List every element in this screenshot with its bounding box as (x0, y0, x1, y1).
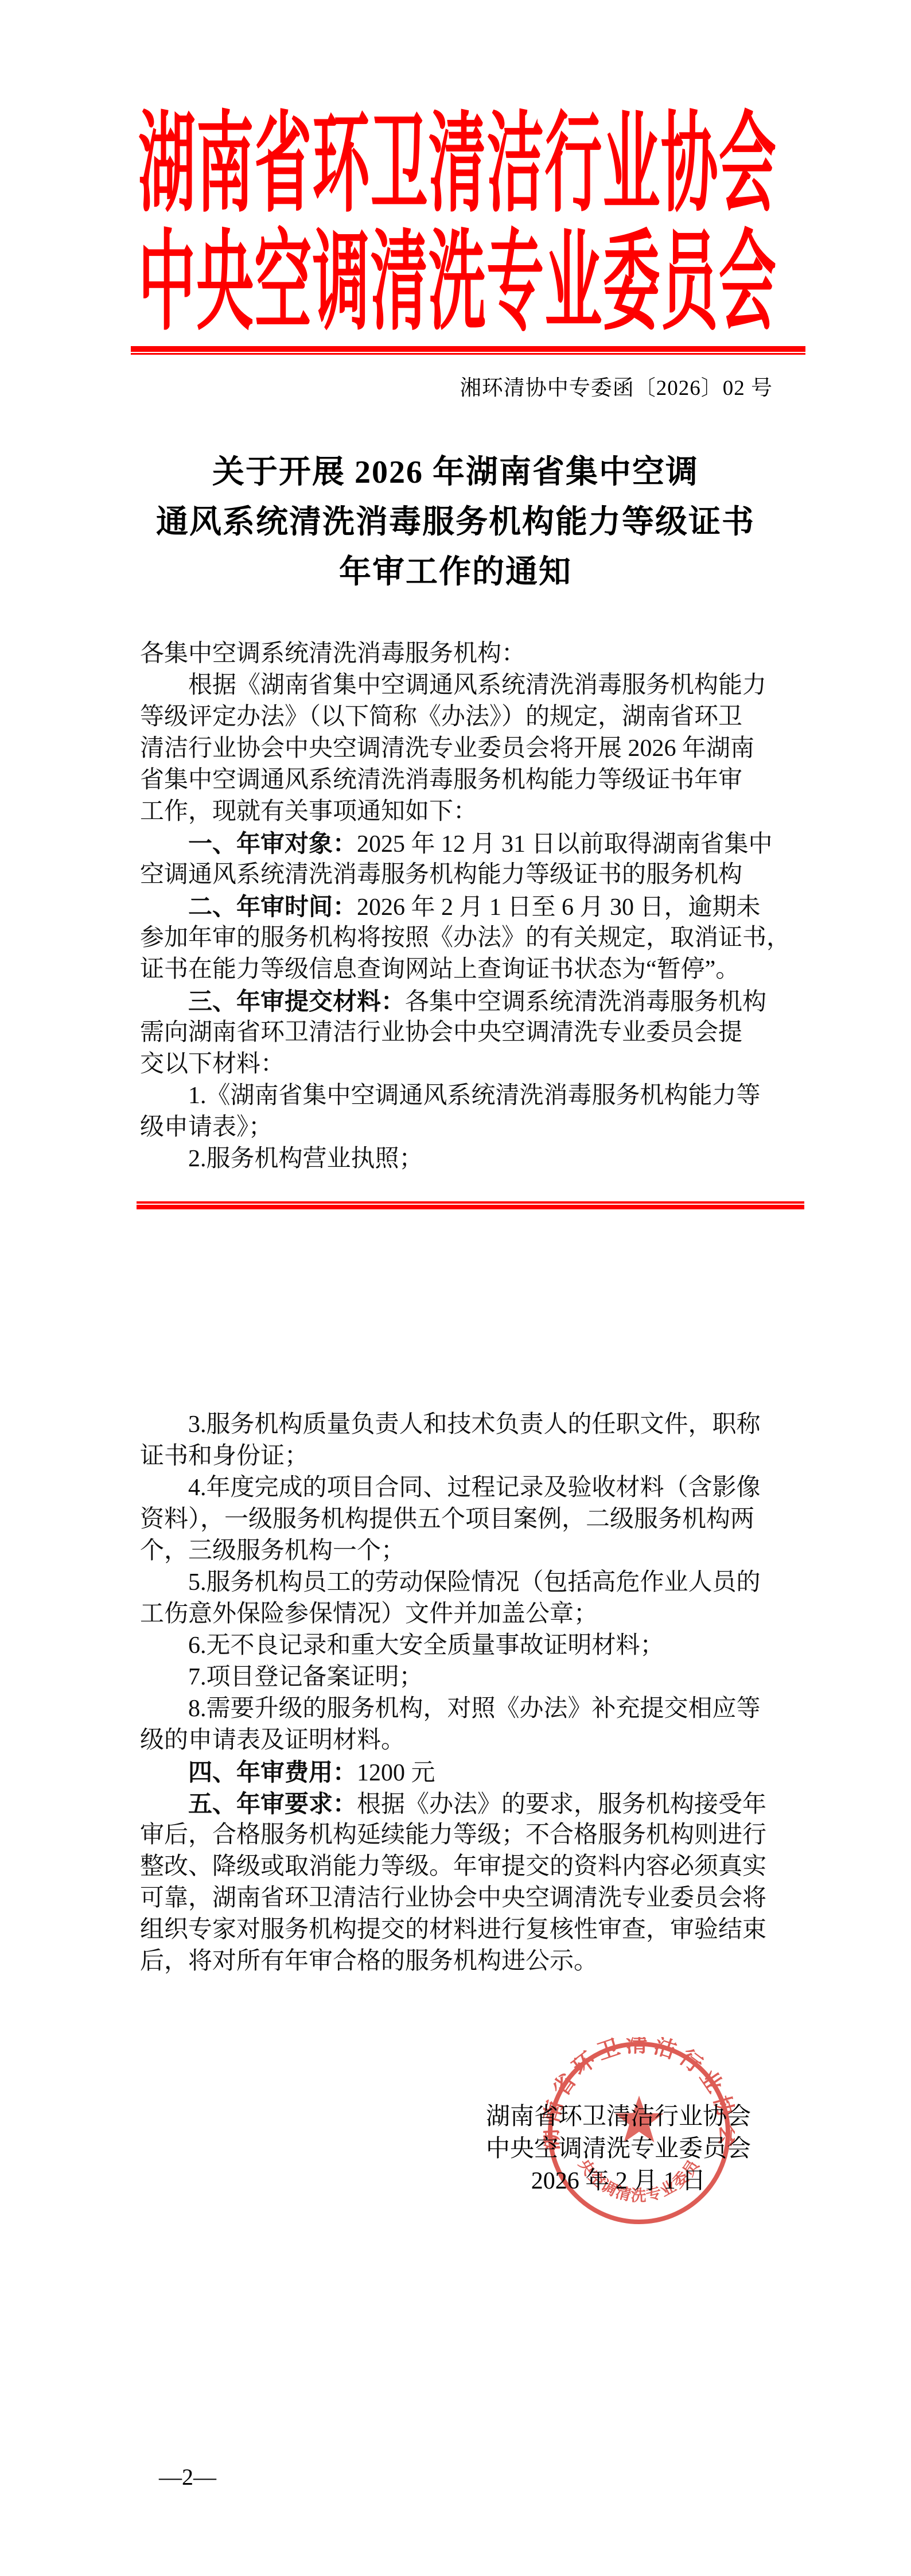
page-number: —2— (159, 2464, 216, 2490)
body-line: 可靠，湖南省环卫清洁行业协会中央空调清洗专业委员会将 (140, 1883, 791, 1914)
body-text-part-2: 3.服务机构质量负责人和技术负责人的任职文件，职称证书和身份证； 4.年度完成的… (140, 1409, 791, 1977)
page-break-rule (137, 1201, 804, 1209)
body-line: 级的申请表及证明材料。 (140, 1725, 791, 1756)
body-line: 交以下材料： (140, 1049, 791, 1080)
body-line: 个，三级服务机构一个； (140, 1535, 791, 1567)
body-line: 后，将对所有年审合格的服务机构进公示。 (140, 1946, 791, 1977)
body-line: 工伤意外保险参保情况）文件并加盖公章； (140, 1599, 791, 1630)
signature-org-line-1: 湖南省环卫清洁行业协会 (482, 2101, 754, 2133)
body-line: 证书在能力等级信息查询网站上查询证书状态为“暂停”。 (140, 954, 791, 986)
body-line: 证书和身份证； (140, 1441, 791, 1472)
body-line: 资料），一级服务机构提供五个项目案例，二级服务机构两 (140, 1504, 791, 1535)
body-line: 参加年审的服务机构将按照《办法》的有关规定，取消证书， (140, 922, 791, 954)
body-line: 级申请表》； (140, 1112, 791, 1143)
masthead-divider-rule (131, 346, 805, 355)
signature-block: 湖南省环卫清洁行业协会 中央空调清洗专业委员会 2026 年 2 月 1 日 (482, 2101, 754, 2197)
body-line: 四、年审费用：1200 元 (140, 1756, 791, 1788)
body-line: 3.服务机构质量负责人和技术负责人的任职文件，职称 (140, 1409, 791, 1441)
body-line: 各集中空调系统清洗消毒服务机构： (140, 638, 791, 670)
body-line: 空调通风系统清洗消毒服务机构能力等级证书的服务机构 (140, 859, 791, 891)
body-line: 审后，合格服务机构延续能力等级；不合格服务机构则进行 (140, 1820, 791, 1851)
body-line: 6.无不良记录和重大安全质量事故证明材料； (140, 1630, 791, 1662)
body-line: 8.需要升级的服务机构，对照《办法》补充提交相应等 (140, 1693, 791, 1725)
masthead-line-1: 湖南省环卫清洁行业协会 (138, 111, 776, 220)
body-line: 五、年审要求：根据《办法》的要求，服务机构接受年 (140, 1788, 791, 1820)
body-line: 4.年度完成的项目合同、过程记录及验收材料（含影像 (140, 1472, 791, 1504)
signature-org-line-2: 中央空调清洗专业委员会 (482, 2133, 754, 2165)
notice-title: 关于开展 2026 年湖南省集中空调 通风系统清洗消毒服务机构能力等级证书 年审… (0, 448, 911, 598)
masthead-line-2: 中央空调清洗专业委员会 (138, 229, 776, 338)
body-line: 2.服务机构营业执照； (140, 1143, 791, 1175)
notice-title-line-3: 年审工作的通知 (0, 548, 911, 598)
body-line: 清洁行业协会中央空调清洗专业委员会将开展 2026 年湖南 (140, 733, 791, 765)
body-text-part-1: 各集中空调系统清洗消毒服务机构： 根据《湖南省集中空调通风系统清洗消毒服务机构能… (140, 638, 791, 1175)
body-line: 工作，现就有关事项通知如下： (140, 796, 791, 828)
body-line: 1.《湖南省集中空调通风系统清洗消毒服务机构能力等 (140, 1080, 791, 1112)
body-line: 根据《湖南省集中空调通风系统清洗消毒服务机构能力 (140, 670, 791, 701)
body-line: 一、年审对象：2025 年 12 月 31 日以前取得湖南省集中 (140, 828, 791, 859)
signature-date: 2026 年 2 月 1 日 (482, 2165, 754, 2197)
body-line: 7.项目登记备案证明； (140, 1662, 791, 1693)
body-line: 组织专家对服务机构提交的材料进行复核性审查，审验结束 (140, 1914, 791, 1946)
body-line: 二、年审时间：2026 年 2 月 1 日至 6 月 30 日，逾期未 (140, 891, 791, 922)
notice-title-line-2: 通风系统清洗消毒服务机构能力等级证书 (0, 498, 911, 548)
body-line: 省集中空调通风系统清洗消毒服务机构能力等级证书年审 (140, 765, 791, 796)
body-line: 整改、降级或取消能力等级。年审提交的资料内容必须真实 (140, 1851, 791, 1883)
body-line: 三、年审提交材料：各集中空调系统清洗消毒服务机构 (140, 986, 791, 1017)
body-line: 需向湖南省环卫清洁行业协会中央空调清洗专业委员会提 (140, 1017, 791, 1049)
document-number: 湘环清协中专委函〔2026〕02 号 (460, 370, 773, 401)
body-line: 5.服务机构员工的劳动保险情况（包括高危作业人员的 (140, 1567, 791, 1599)
notice-title-line-1: 关于开展 2026 年湖南省集中空调 (0, 448, 911, 498)
official-notice-page: 湖南省环卫清洁行业协会 中央空调清洗专业委员会 湘环清协中专委函〔2026〕02… (0, 0, 911, 2576)
body-line: 等级评定办法》（以下简称《办法》）的规定，湖南省环卫 (140, 701, 791, 733)
